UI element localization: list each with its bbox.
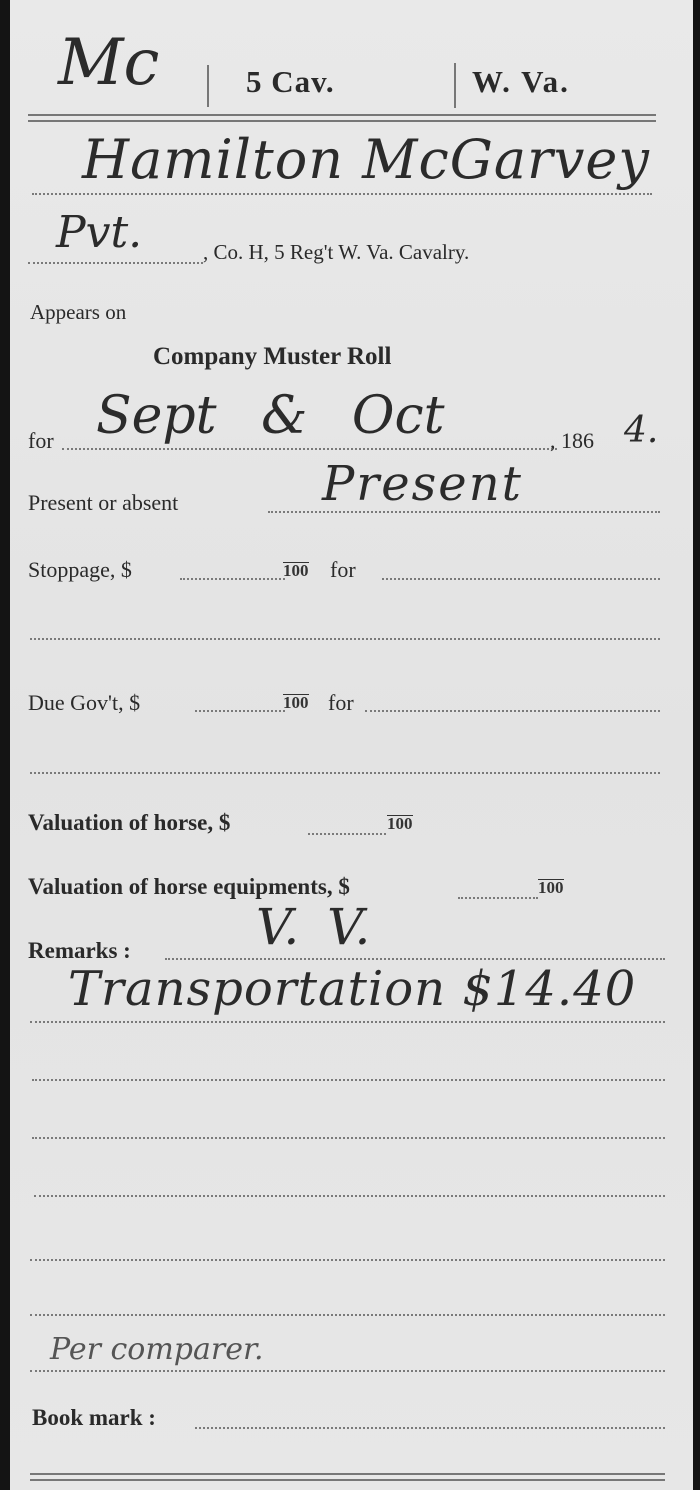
remarks-line-2: Transportation $14.40 xyxy=(68,960,636,1018)
stoppage-cents: 100 xyxy=(283,562,309,578)
book-mark-label: Book mark : xyxy=(32,1405,156,1431)
header-rule xyxy=(28,114,656,116)
remarks-line-1: V. V. xyxy=(256,898,370,956)
header-rule xyxy=(28,120,656,122)
remarks-line xyxy=(32,1079,665,1081)
stoppage-amount-line xyxy=(180,578,285,580)
header-divider xyxy=(207,65,209,107)
muster-roll-card: Mc 5 Cav. W. Va. Hamilton McGarvey Pvt. … xyxy=(10,0,693,1490)
remarks-line xyxy=(30,1021,665,1023)
equipment-valuation-label: Valuation of horse equipments, $ xyxy=(28,874,350,900)
roll-type: Company Muster Roll xyxy=(153,343,391,371)
name-line xyxy=(32,193,652,195)
header-divider xyxy=(454,63,456,108)
footer-rule xyxy=(30,1479,665,1481)
remarks-line xyxy=(34,1195,665,1197)
horse-valuation-label: Valuation of horse, $ xyxy=(28,810,230,836)
copyist-note: Per comparer. xyxy=(50,1330,264,1370)
due-govt-label: Due Gov't, $ xyxy=(28,690,140,716)
period-line xyxy=(62,448,557,450)
period-year-prefix: , 186 xyxy=(550,428,594,454)
remarks-line xyxy=(30,1314,665,1316)
period-year-suffix: 4. xyxy=(624,410,658,451)
due-govt-cents: 100 xyxy=(283,694,309,710)
equipment-valuation-line xyxy=(458,897,538,899)
due-govt-for-line xyxy=(365,710,660,712)
presence-value: Present xyxy=(322,456,523,512)
due-govt-continuation-line xyxy=(30,772,660,774)
due-govt-for-label: for xyxy=(328,690,354,716)
presence-line xyxy=(268,511,660,513)
stoppage-label: Stoppage, $ xyxy=(28,557,132,583)
rank-line xyxy=(28,262,203,264)
header-unit: 5 Cav. xyxy=(246,64,335,100)
book-mark-line xyxy=(195,1427,665,1429)
header-state: W. Va. xyxy=(472,64,570,100)
appears-on-label: Appears on xyxy=(30,300,126,325)
footer-rule xyxy=(30,1473,665,1475)
stoppage-for-line xyxy=(382,578,660,580)
copyist-line xyxy=(30,1370,665,1372)
remarks-line xyxy=(32,1137,665,1139)
horse-valuation-cents: 100 xyxy=(387,815,413,831)
stoppage-for-label: for xyxy=(330,557,356,583)
period-label: for xyxy=(28,428,54,454)
company-line: , Co. H, 5 Reg't W. Va. Cavalry. xyxy=(203,240,469,265)
horse-valuation-line xyxy=(308,833,386,835)
period-value: Sept & Oct xyxy=(96,386,445,446)
soldier-rank: Pvt. xyxy=(56,208,142,258)
presence-label: Present or absent xyxy=(28,490,178,516)
soldier-name: Hamilton McGarvey xyxy=(82,128,650,192)
header-initial: Mc xyxy=(58,28,159,98)
due-govt-amount-line xyxy=(195,710,285,712)
remarks-line xyxy=(30,1259,665,1261)
equipment-valuation-cents: 100 xyxy=(538,879,564,895)
stoppage-continuation-line xyxy=(30,638,660,640)
